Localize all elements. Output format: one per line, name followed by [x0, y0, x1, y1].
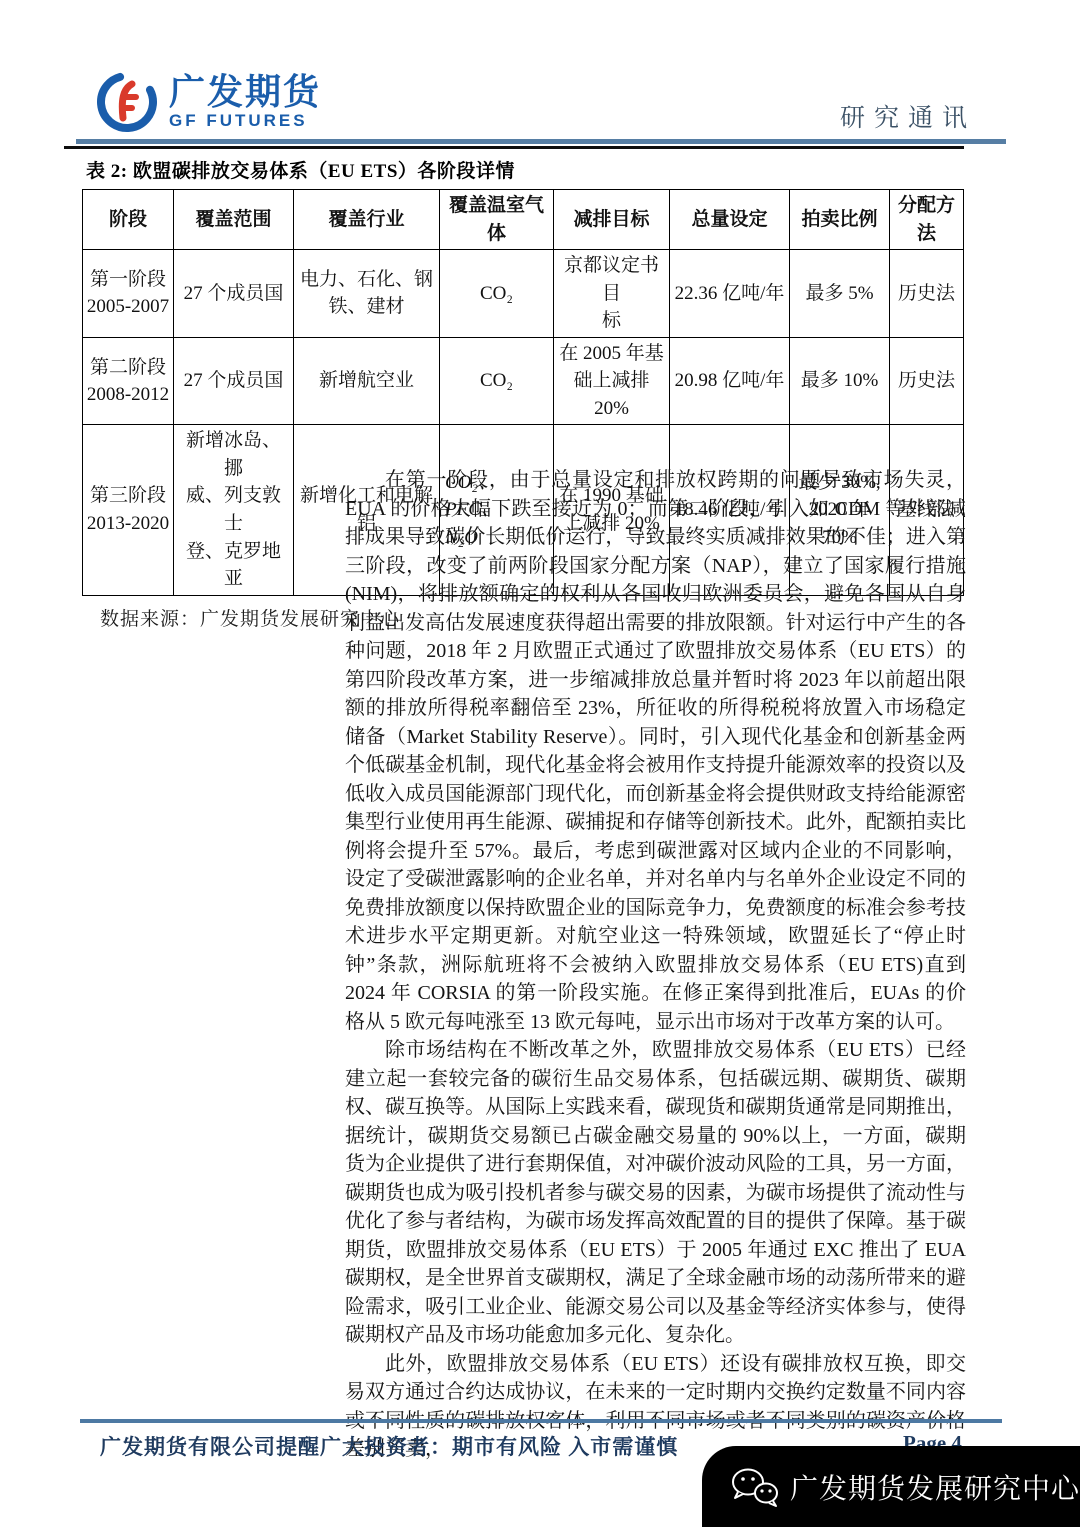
cell-auction: 最多 10%	[790, 337, 890, 425]
header-rule-blue	[76, 139, 1006, 144]
logo-chinese-name: 广发期货	[169, 73, 321, 111]
cell-allocation: 历史法	[890, 250, 964, 338]
cell-industry: 新增航空业	[294, 337, 440, 425]
gf-logo-icon	[95, 70, 159, 134]
article-body: 在第一阶段，由于总量设定和排放权跨期的问题导致市场失灵，EUA 的价格大幅下跌至…	[345, 466, 966, 1464]
col-header-phase: 阶段	[83, 190, 174, 250]
cell-scope: 27 个成员国	[174, 337, 294, 425]
paragraph-carbon-derivatives: 除市场结构在不断改革之外，欧盟排放交易体系（EU ETS）已经建立起一套较完备的…	[345, 1036, 966, 1350]
col-header-auction: 拍卖比例	[790, 190, 890, 250]
table-title: 表 2: 欧盟碳排放交易体系（EU ETS）各阶段详情	[82, 154, 963, 189]
logo-text: 广发期货 GF FUTURES	[169, 73, 321, 131]
paragraph-phase-reforms: 在第一阶段，由于总量设定和排放权跨期的问题导致市场失灵，EUA 的价格大幅下跌至…	[345, 466, 966, 1036]
company-logo: 广发期货 GF FUTURES	[95, 70, 321, 134]
table-header-row: 阶段 覆盖范围 覆盖行业 覆盖温室气体 减排目标 总量设定 拍卖比例 分配方法	[83, 190, 964, 250]
table-row-phase2: 第二阶段 2008-2012 27 个成员国 新增航空业 CO₂ 在 2005 …	[83, 337, 964, 425]
wechat-account-name: 广发期货发展研究中心	[790, 1467, 1080, 1507]
cell-cap: 22.36 亿吨/年	[670, 250, 790, 338]
col-header-cap: 总量设定	[670, 190, 790, 250]
col-header-allocation: 分配方法	[890, 190, 964, 250]
cell-scope: 27 个成员国	[174, 250, 294, 338]
footer-rule	[80, 1419, 1002, 1423]
col-header-industry: 覆盖行业	[294, 190, 440, 250]
cell-phase: 第一阶段 2005-2007	[83, 250, 174, 338]
cell-scope: 新增冰岛、挪 威、列支敦士 登、克罗地亚	[174, 425, 294, 595]
col-header-target: 减排目标	[554, 190, 670, 250]
doc-type-label: 研究通讯	[840, 98, 976, 134]
cell-phase: 第三阶段 2013-2020	[83, 425, 174, 595]
cell-target: 在 2005 年基 础上减排 20%	[554, 337, 670, 425]
risk-disclaimer: 广发期货有限公司提醒广大投资者：期市有风险 入市需谨慎	[100, 1431, 678, 1461]
table-row-phase1: 第一阶段 2005-2007 27 个成员国 电力、石化、钢 铁、建材 CO₂ …	[83, 250, 964, 338]
cell-auction: 最多 5%	[790, 250, 890, 338]
cell-target: 京都议定书目 标	[554, 250, 670, 338]
cell-gas: CO₂	[440, 337, 554, 425]
col-header-scope: 覆盖范围	[174, 190, 294, 250]
logo-english-name: GF FUTURES	[169, 111, 321, 131]
cell-cap: 20.98 亿吨/年	[670, 337, 790, 425]
col-header-gas: 覆盖温室气体	[440, 190, 554, 250]
wechat-icon	[728, 1465, 780, 1509]
header-rule-black	[64, 146, 964, 149]
report-page: 广发期货 GF FUTURES 研究通讯 表 2: 欧盟碳排放交易体系（EU E…	[0, 0, 1080, 1527]
cell-allocation: 历史法	[890, 337, 964, 425]
wechat-account-banner: 广发期货发展研究中心	[702, 1446, 1080, 1527]
cell-gas: CO₂	[440, 250, 554, 338]
cell-industry: 电力、石化、钢 铁、建材	[294, 250, 440, 338]
cell-phase: 第二阶段 2008-2012	[83, 337, 174, 425]
